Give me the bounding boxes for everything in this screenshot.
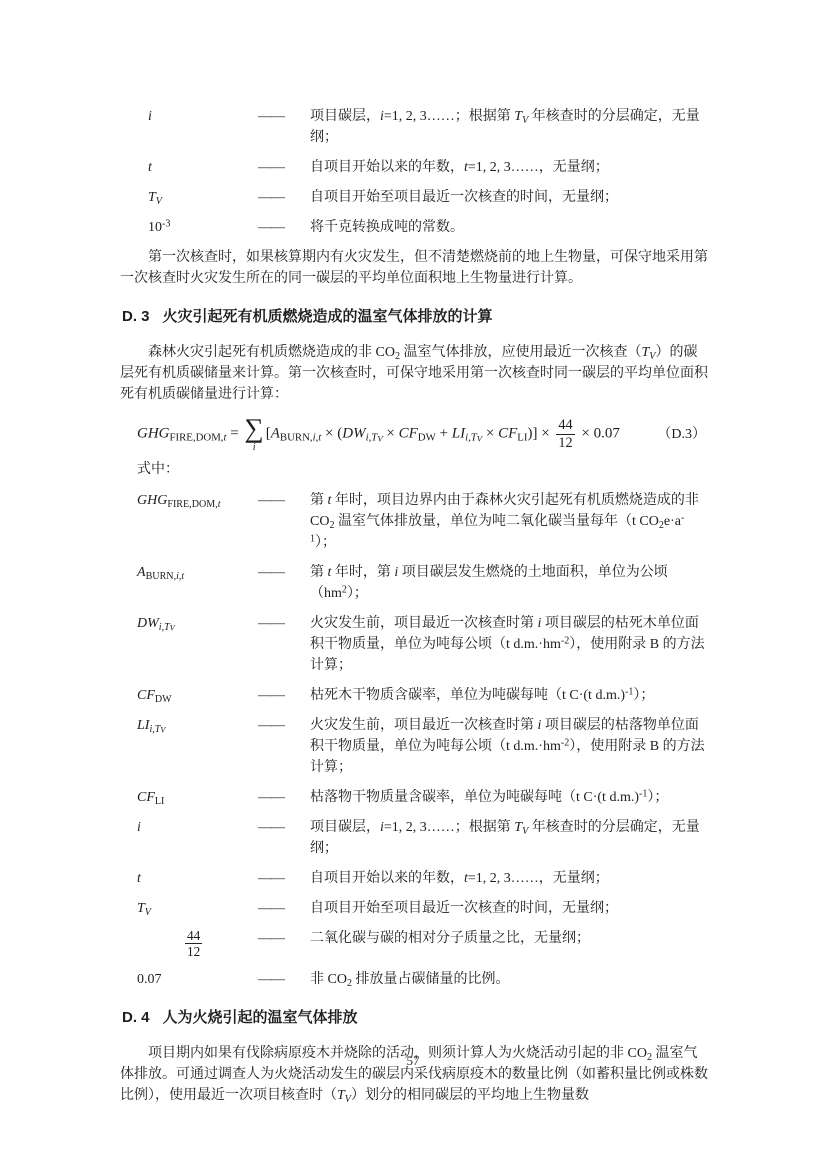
- symbol: ABURN,i,t: [120, 562, 258, 604]
- fraction: 4412: [556, 417, 574, 451]
- symbol: TV: [120, 898, 258, 919]
- page-number: 57: [0, 1050, 826, 1071]
- section-number: D. 3: [122, 308, 150, 325]
- definition-row: TV —— 自项目开始至项目最近一次核查的时间，无量纲；: [120, 898, 710, 919]
- symbol-description: 二氧化碳与碳的相对分子质量之比，无量纲；: [310, 928, 710, 960]
- symbol-description: 火灾发生前，项目最近一次核查时第 i 项目碳层的枯死木单位面积干物质量，单位为吨…: [310, 613, 710, 676]
- symbol-description: 第 t 年时，项目边界内由于森林火灾引起死有机质燃烧造成的非 CO2 温室气体排…: [310, 490, 710, 553]
- symbol: i: [120, 106, 258, 148]
- section-number: D. 4: [122, 1009, 150, 1026]
- dash-line: ——: [258, 490, 310, 553]
- symbol: CFDW: [120, 685, 258, 706]
- dash-line: ——: [258, 868, 310, 889]
- where-label: 式中：: [120, 459, 710, 480]
- symbol: 4412: [120, 928, 258, 960]
- symbol-description: 项目碳层，i=1, 2, 3……；根据第 TV 年核查时的分层确定，无量纲；: [310, 817, 710, 859]
- symbol-description: 枯死木干物质含碳率，单位为吨碳每吨（t C·(t d.m.)-1）；: [310, 685, 710, 706]
- definition-row: LIi,TV —— 火灾发生前，项目最近一次核查时第 i 项目碳层的枯落物单位面…: [120, 715, 710, 778]
- definition-row: GHGFIRE,DOM,t —— 第 t 年时，项目边界内由于森林火灾引起死有机…: [120, 490, 710, 553]
- symbol-description: 火灾发生前，项目最近一次核查时第 i 项目碳层的枯落物单位面积干物质量，单位为吨…: [310, 715, 710, 778]
- section-title: 火灾引起死有机质燃烧造成的温室气体排放的计算: [163, 308, 493, 325]
- dash-line: ——: [258, 928, 310, 960]
- definition-row: 0.07 —— 非 CO2 排放量占碳储量的比例。: [120, 969, 710, 990]
- symbol: 10-3: [120, 217, 258, 238]
- dash-line: ——: [258, 157, 310, 178]
- formula-block: GHGFIRE,DOM,t = ∑i[ABURN,i,t × (DWi,TV ×…: [120, 415, 710, 453]
- section-heading-d3: D. 3火灾引起死有机质燃烧造成的温室气体排放的计算: [120, 306, 710, 327]
- symbol: t: [120, 157, 258, 178]
- symbol: DWi,TV: [120, 613, 258, 676]
- dash-line: ——: [258, 685, 310, 706]
- symbol-description: 非 CO2 排放量占碳储量的比例。: [310, 969, 710, 990]
- summation-icon: ∑i: [244, 415, 263, 453]
- definition-row: t —— 自项目开始以来的年数，t=1, 2, 3……，无量纲；: [120, 868, 710, 889]
- dash-line: ——: [258, 715, 310, 778]
- equation-number: （D.3）: [657, 424, 710, 445]
- definition-row: DWi,TV —— 火灾发生前，项目最近一次核查时第 i 项目碳层的枯死木单位面…: [120, 613, 710, 676]
- dash-line: ——: [258, 106, 310, 148]
- section-title: 人为火烧引起的温室气体排放: [163, 1009, 358, 1026]
- symbol-list-d3: GHGFIRE,DOM,t —— 第 t 年时，项目边界内由于森林火灾引起死有机…: [120, 490, 710, 990]
- dash-line: ——: [258, 217, 310, 238]
- paragraph-first-verification: 第一次核查时，如果核算期内有火灾发生，但不清楚燃烧前的地上生物量，可保守地采用第…: [120, 247, 710, 289]
- symbol: LIi,TV: [120, 715, 258, 778]
- dash-line: ——: [258, 613, 310, 676]
- definition-row: t —— 自项目开始以来的年数，t=1, 2, 3……，无量纲；: [120, 157, 710, 178]
- dash-line: ——: [258, 562, 310, 604]
- dash-line: ——: [258, 787, 310, 808]
- dash-line: ——: [258, 969, 310, 990]
- dash-line: ——: [258, 187, 310, 208]
- definition-row: i —— 项目碳层，i=1, 2, 3……；根据第 TV 年核查时的分层确定，无…: [120, 817, 710, 859]
- symbol: 0.07: [120, 969, 258, 990]
- equation-d3: GHGFIRE,DOM,t = ∑i[ABURN,i,t × (DWi,TV ×…: [120, 415, 657, 453]
- symbol-description: 自项目开始以来的年数，t=1, 2, 3……，无量纲；: [310, 868, 710, 889]
- symbol: CFLI: [120, 787, 258, 808]
- definition-row: 4412 —— 二氧化碳与碳的相对分子质量之比，无量纲；: [120, 928, 710, 960]
- definition-row: TV —— 自项目开始至项目最近一次核查的时间，无量纲；: [120, 187, 710, 208]
- symbol-description: 第 t 年时，第 i 项目碳层发生燃烧的土地面积，单位为公顷（hm2）；: [310, 562, 710, 604]
- dash-line: ——: [258, 898, 310, 919]
- dash-line: ——: [258, 817, 310, 859]
- definition-row: 10-3 —— 将千克转换成吨的常数。: [120, 217, 710, 238]
- symbol: TV: [120, 187, 258, 208]
- symbol-description: 自项目开始以来的年数，t=1, 2, 3……，无量纲；: [310, 157, 710, 178]
- symbol: GHGFIRE,DOM,t: [120, 490, 258, 553]
- symbol-description: 项目碳层，i=1, 2, 3……；根据第 TV 年核查时的分层确定，无量纲；: [310, 106, 710, 148]
- definition-row: CFDW —— 枯死木干物质含碳率，单位为吨碳每吨（t C·(t d.m.)-1…: [120, 685, 710, 706]
- symbol-list-top: i —— 项目碳层，i=1, 2, 3……；根据第 TV 年核查时的分层确定，无…: [120, 106, 710, 238]
- symbol-description: 自项目开始至项目最近一次核查的时间，无量纲；: [310, 187, 710, 208]
- symbol-description: 枯落物干物质量含碳率，单位为吨碳每吨（t C·(t d.m.)-1）；: [310, 787, 710, 808]
- document-page: i —— 项目碳层，i=1, 2, 3……；根据第 TV 年核查时的分层确定，无…: [0, 0, 826, 1169]
- definition-row: i —— 项目碳层，i=1, 2, 3……；根据第 TV 年核查时的分层确定，无…: [120, 106, 710, 148]
- definition-row: ABURN,i,t —— 第 t 年时，第 i 项目碳层发生燃烧的土地面积，单位…: [120, 562, 710, 604]
- symbol-description: 将千克转换成吨的常数。: [310, 217, 710, 238]
- symbol: i: [120, 817, 258, 859]
- definition-row: CFLI —— 枯落物干物质量含碳率，单位为吨碳每吨（t C·(t d.m.)-…: [120, 787, 710, 808]
- symbol: t: [120, 868, 258, 889]
- fraction: 4412: [185, 928, 202, 960]
- section-heading-d4: D. 4人为火烧引起的温室气体排放: [120, 1007, 710, 1028]
- paragraph-d3-intro: 森林火灾引起死有机质燃烧造成的非 CO2 温室气体排放，应使用最近一次核查（TV…: [120, 342, 710, 405]
- symbol-description: 自项目开始至项目最近一次核查的时间，无量纲；: [310, 898, 710, 919]
